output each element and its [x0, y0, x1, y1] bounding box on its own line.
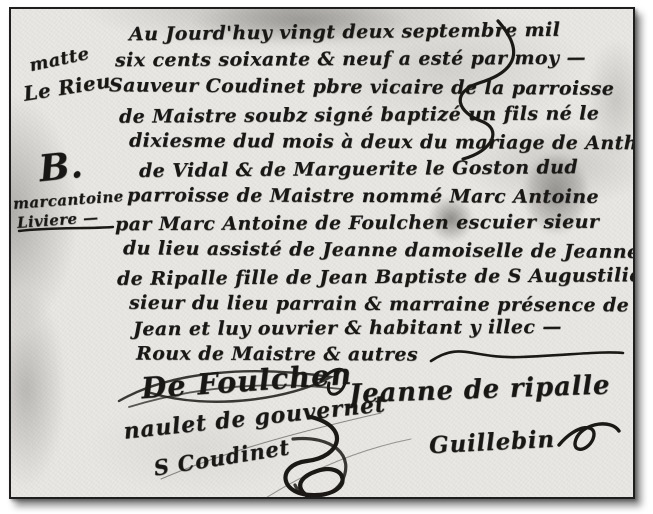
act-line-8: par Marc Antoine de Foulchen escuier sie…	[115, 213, 599, 235]
act-line-4: de Maistre soubz signé baptizé un fils n…	[119, 104, 599, 126]
act-line-11: sieur du lieu parrain & marraine présenc…	[129, 294, 629, 316]
paraph-guillebin	[559, 424, 619, 449]
act-line-1: Au Jourd'huy vingt deux septembre mil	[129, 21, 560, 45]
margin-initial-b: B.	[37, 147, 84, 187]
margin-note-top: matte	[28, 45, 91, 75]
signature-jeanne-de-ripalle: Jeanne de ripalle	[349, 372, 611, 407]
paper-stain	[9, 289, 66, 489]
signature-foulchen: De Foulchen	[140, 360, 353, 404]
flourish-autres-swash	[431, 351, 623, 361]
paraph-knot2	[293, 438, 346, 496]
margin-name-line2: Liviere —	[17, 210, 99, 231]
signature-guillebin: Guillebin	[428, 428, 555, 458]
act-line-5: dixiesme dud mois à deux du mariage de A…	[129, 132, 635, 154]
act-line-3: Sauveur Coudinet pbre vicaire de la parr…	[109, 76, 614, 99]
paraph-knot	[285, 417, 342, 499]
act-line-6: de Vidal & de Marguerite le Goston dud	[139, 158, 578, 181]
act-line-12: Jean et luy ouvrier & habitant y illec —	[133, 318, 562, 339]
margin-name-line1: marcantoine	[13, 189, 125, 212]
act-line-9: du lieu assisté de Jeanne damoiselle de …	[123, 239, 635, 262]
act-line-2: six cents soixante & neuf a esté par moy…	[115, 49, 586, 70]
act-line-10: de Ripalle fille de Jean Baptiste de S A…	[117, 266, 635, 289]
act-line-7: parroisse de Maistre nommé Marc Antoine	[127, 186, 599, 207]
screenshot-stage: matte Le Rieu B. marcantoine Liviere — A…	[0, 0, 653, 514]
manuscript-scan: matte Le Rieu B. marcantoine Liviere — A…	[9, 7, 635, 499]
signature-coudinet: S Coudinet	[152, 436, 291, 478]
